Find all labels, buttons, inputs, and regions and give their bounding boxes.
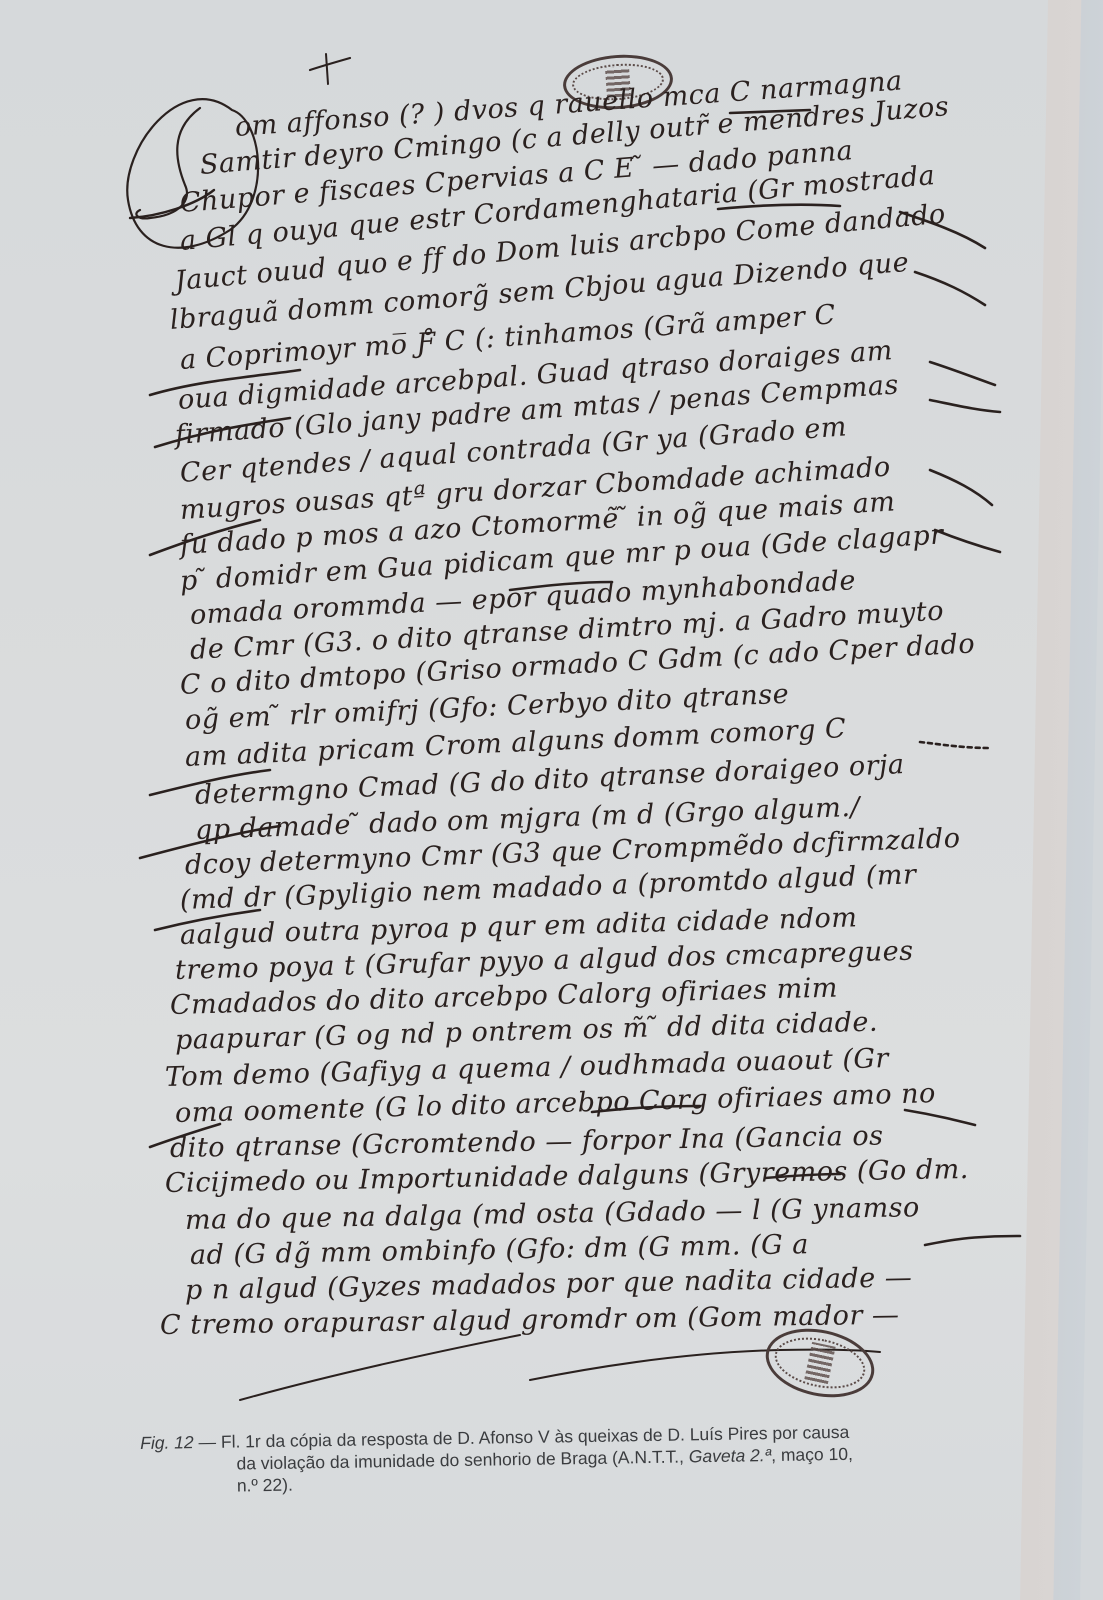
manuscript-text: om affonso (? ) dvos q rauello mca C nar… — [0, 0, 1103, 1400]
caption-dash: — — [198, 1432, 216, 1452]
manuscript-line: C tremo orapurasr algud gromdr om (Gom m… — [160, 1300, 900, 1341]
caption-archive-ref: Gaveta 2.ª — [689, 1445, 772, 1466]
manuscript-line: ma do que na dalga (md osta (Gdado — l (… — [185, 1192, 920, 1236]
caption-text-3: n.º 22). — [237, 1475, 293, 1496]
caption-text-2b: , maço 10, — [771, 1444, 853, 1465]
figure-label: Fig. 12 — [140, 1432, 194, 1453]
